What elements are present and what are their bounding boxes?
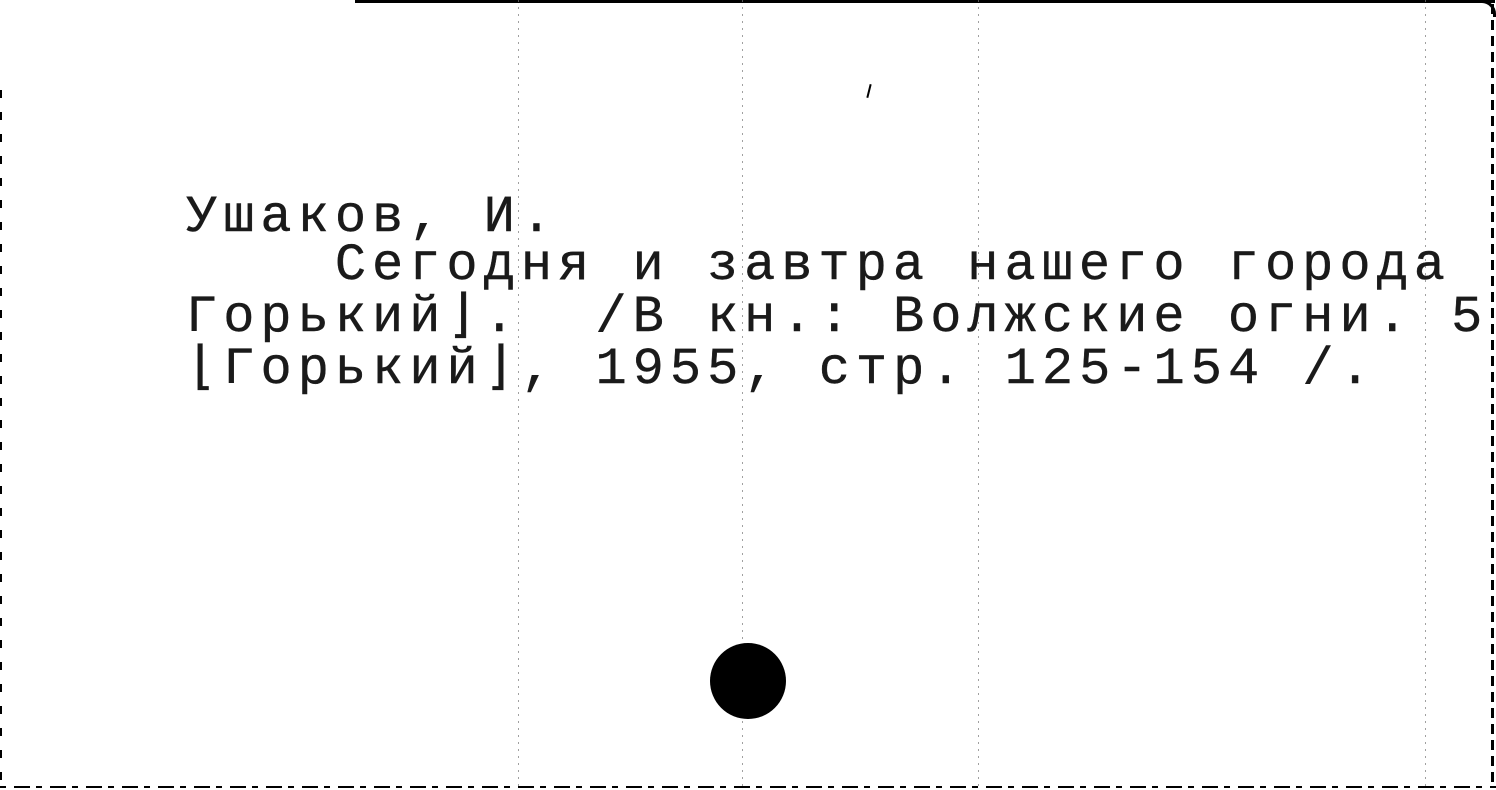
- catalog-card: Ушаков, И. Сегодня и завтра нашего город…: [0, 0, 1496, 790]
- card-top-edge: [355, 0, 1495, 3]
- punch-hole: [710, 643, 786, 719]
- card-left-edge: [0, 90, 2, 790]
- card-right-edge: [1491, 4, 1494, 786]
- card-title-line: Сегодня и завтра нашего города ⌊Г.: [186, 240, 1496, 292]
- card-bottom-edge: [0, 786, 1496, 788]
- ink-speck: [866, 84, 871, 98]
- scan-artifact-line: [1425, 0, 1426, 790]
- card-imprint-line: ⌊Горький⌋, 1955, стр. 125-154 /.: [186, 344, 1377, 396]
- card-source-line: Горький⌋. /В кн.: Волжские огни. 5.: [186, 292, 1496, 344]
